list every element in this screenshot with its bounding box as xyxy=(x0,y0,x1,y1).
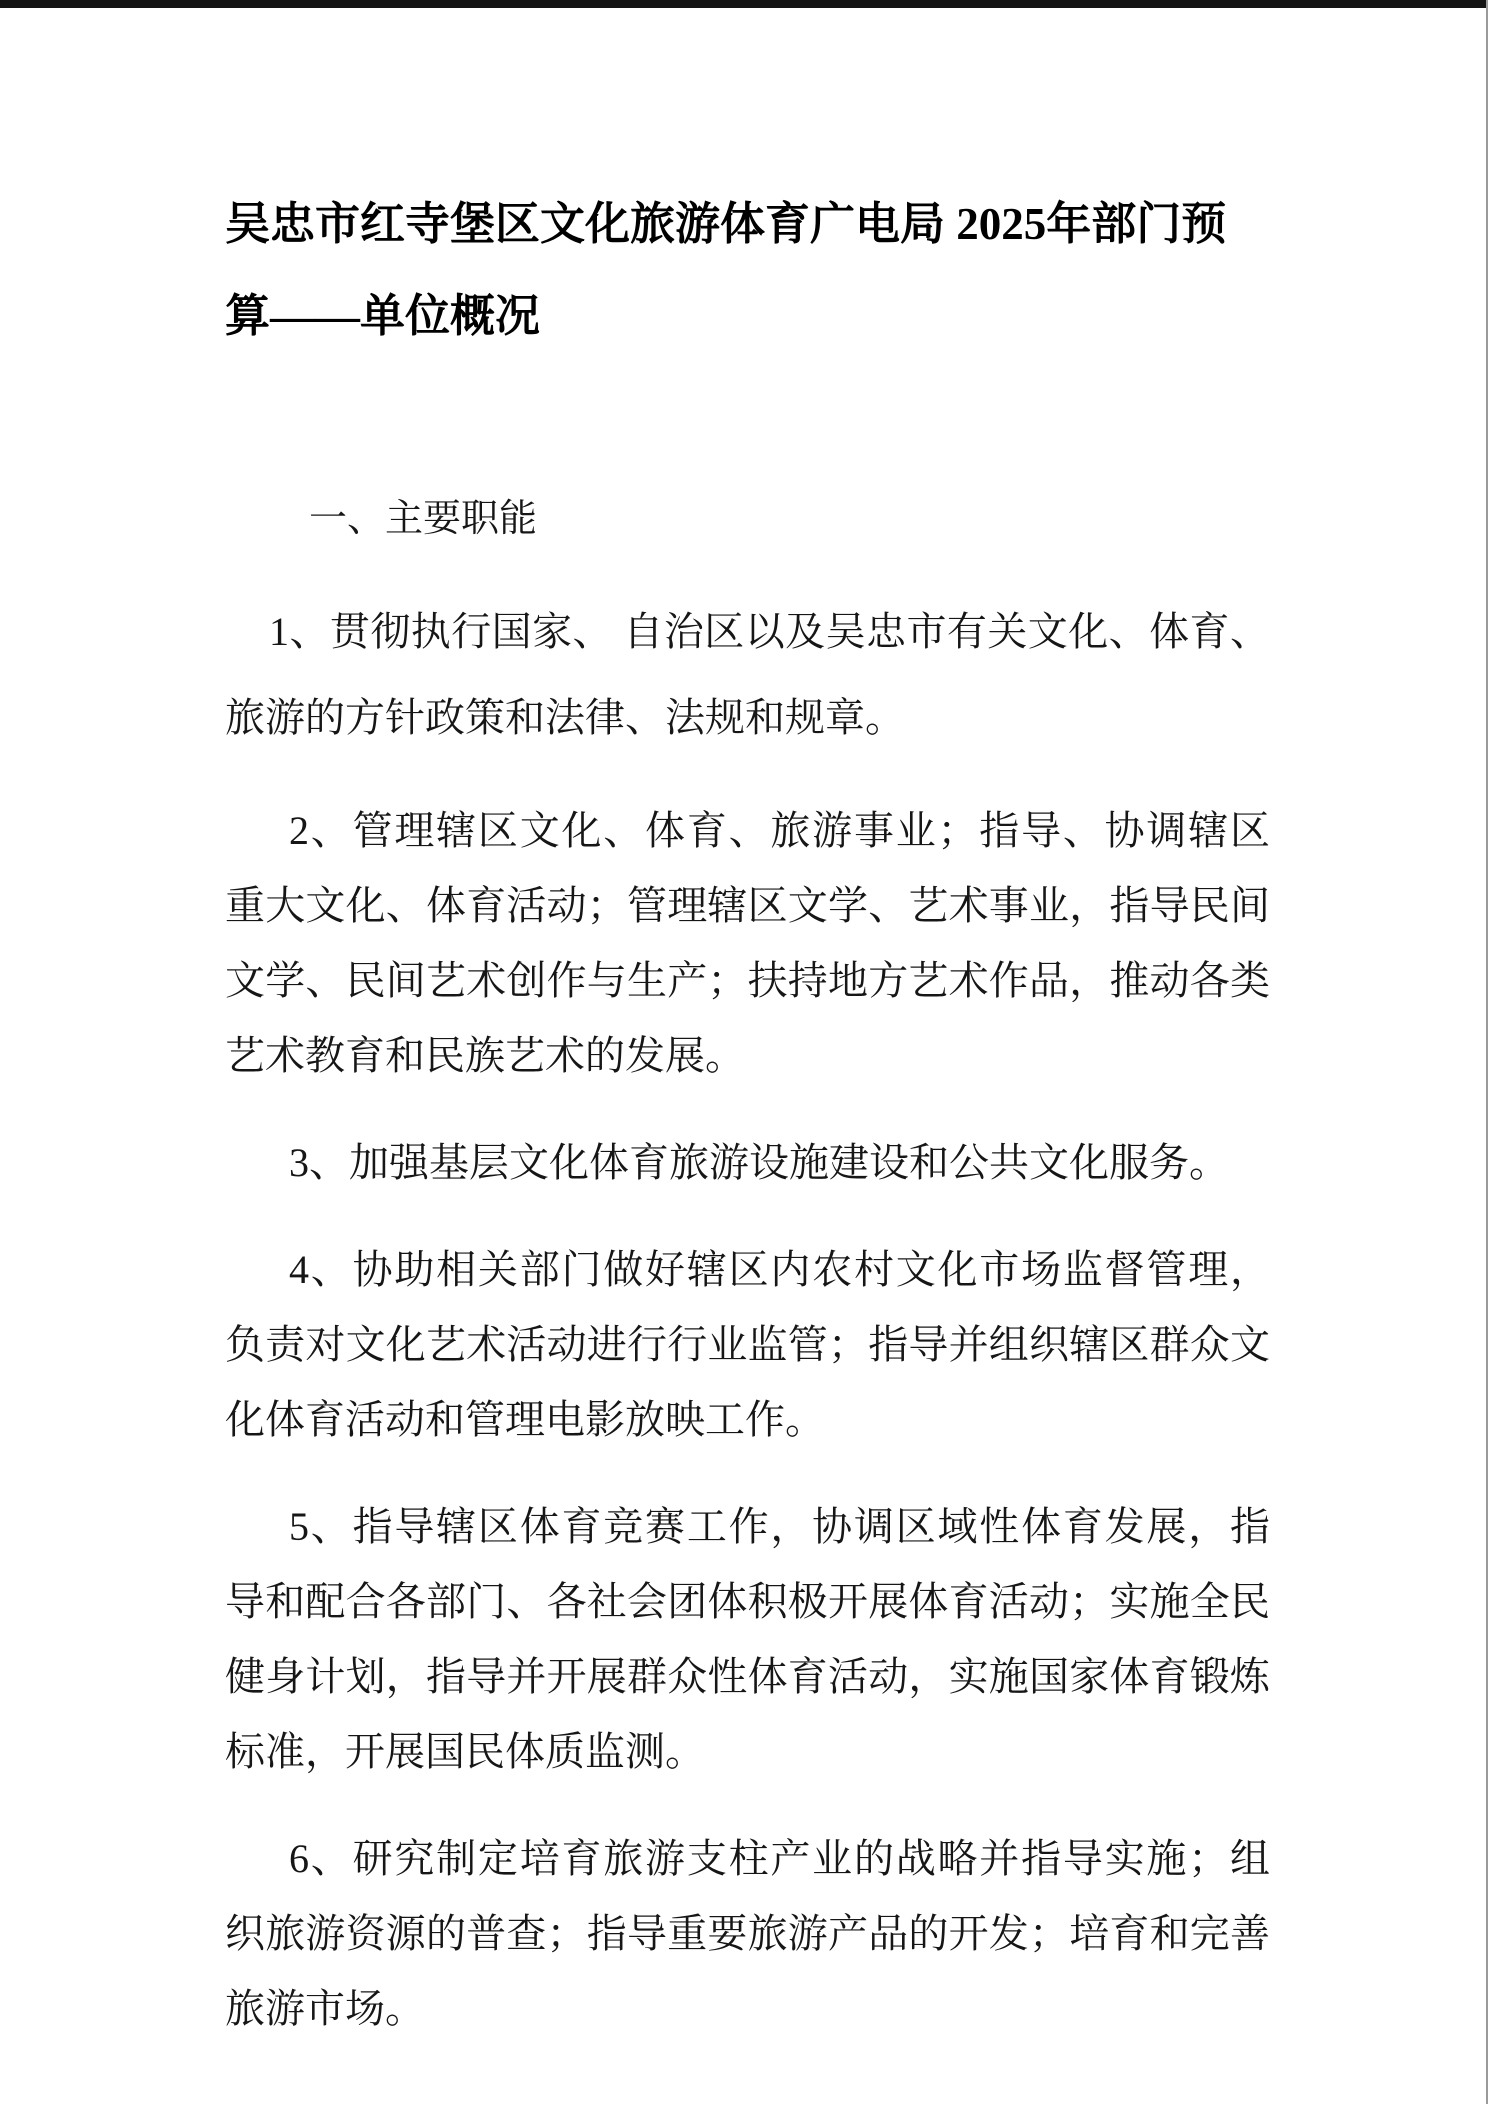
document-content: 吴忠市红寺堡区文化旅游体育广电局 2025年部门预 算——单位概况 一、主要职能… xyxy=(225,8,1270,2046)
body-line: 化体育活动和管理电影放映工作。 xyxy=(225,1382,1270,1457)
paragraph-item-1: 1、贯彻执行国家、 自治区以及吴忠市有关文化、体育、 旅游的方针政策和法律、法规… xyxy=(225,589,1270,761)
body-line: 2、管理辖区文化、体育、旅游事业；指导、协调辖区 xyxy=(225,793,1270,868)
body-line: 标准，开展国民体质监测。 xyxy=(225,1714,1270,1789)
paragraph-item-6: 6、研究制定培育旅游支柱产业的战略并指导实施；组 织旅游资源的普查；指导重要旅游… xyxy=(225,1821,1270,2046)
paragraph-item-5: 5、指导辖区体育竞赛工作，协调区域性体育发展，指 导和配合各部门、各社会团体积极… xyxy=(225,1489,1270,1789)
body-line: 负责对文化艺术活动进行行业监管；指导并组织辖区群众文 xyxy=(225,1307,1270,1382)
document-title: 吴忠市红寺堡区文化旅游体育广电局 2025年部门预 算——单位概况 xyxy=(225,178,1270,362)
paragraph-item-3: 3、加强基层文化体育旅游设施建设和公共文化服务。 xyxy=(225,1125,1270,1200)
body-line: 1、贯彻执行国家、 自治区以及吴忠市有关文化、体育、 xyxy=(225,589,1270,675)
body-line: 织旅游资源的普查；指导重要旅游产品的开发；培育和完善 xyxy=(225,1896,1270,1971)
body-line: 旅游的方针政策和法律、法规和规章。 xyxy=(225,675,1270,761)
body-line: 健身计划，指导并开展群众性体育活动，实施国家体育锻炼 xyxy=(225,1639,1270,1714)
body-line: 文学、民间艺术创作与生产；扶持地方艺术作品，推动各类 xyxy=(225,943,1270,1018)
title-line: 吴忠市红寺堡区文化旅游体育广电局 2025年部门预 xyxy=(225,178,1270,270)
body-line: 5、指导辖区体育竞赛工作，协调区域性体育发展，指 xyxy=(225,1489,1270,1564)
paragraph-item-2: 2、管理辖区文化、体育、旅游事业；指导、协调辖区 重大文化、体育活动；管理辖区文… xyxy=(225,793,1270,1093)
top-border-bar xyxy=(0,0,1486,8)
paragraph-item-4: 4、协助相关部门做好辖区内农村文化市场监督管理， 负责对文化艺术活动进行行业监管… xyxy=(225,1232,1270,1457)
body-line: 4、协助相关部门做好辖区内农村文化市场监督管理， xyxy=(225,1232,1270,1307)
body-line: 艺术教育和民族艺术的发展。 xyxy=(225,1018,1270,1093)
title-line: 算——单位概况 xyxy=(225,270,1270,362)
body-line: 导和配合各部门、各社会团体积极开展体育活动；实施全民 xyxy=(225,1564,1270,1639)
body-line: 重大文化、体育活动；管理辖区文学、艺术事业，指导民间 xyxy=(225,868,1270,943)
body-line: 3、加强基层文化体育旅游设施建设和公共文化服务。 xyxy=(225,1125,1270,1200)
section-heading: 一、主要职能 xyxy=(225,482,1270,557)
body-line: 旅游市场。 xyxy=(225,1971,1270,2046)
document-page: 吴忠市红寺堡区文化旅游体育广电局 2025年部门预 算——单位概况 一、主要职能… xyxy=(0,0,1488,2104)
body-line: 6、研究制定培育旅游支柱产业的战略并指导实施；组 xyxy=(225,1821,1270,1896)
